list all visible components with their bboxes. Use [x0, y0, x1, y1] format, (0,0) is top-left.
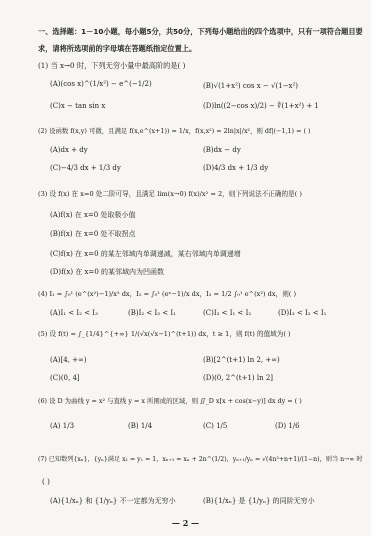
exam-page: 一、选择题：1－10小题，每小题5分，共50分，下列每小题给出的四个选项中，只有… [0, 0, 371, 536]
option-text: dx − dy [214, 146, 241, 154]
option-label: (D) [278, 309, 289, 317]
option-label: (D) [203, 164, 214, 172]
q4-option-d[interactable]: (D)I₃ < I₂ < I₁ [278, 309, 326, 318]
q1-option-c[interactable]: (C)x − tan sin x [50, 102, 105, 111]
q3-option-a[interactable]: (A)f(x) 在 x=0 处取极小值 [50, 211, 135, 220]
option-label: (A) [50, 497, 61, 505]
question-1-stem: (1) 当 x→0 时，下列无穷小量中最高阶的是( ) [38, 61, 185, 70]
q1-option-a[interactable]: (A)(cos x)^(1/x²) − e^(−1/2) [50, 80, 152, 89]
question-text: 设 f(x) 在 x=0 处二阶可导，且满足 lim(x→0) f(x)/x² … [49, 190, 301, 198]
option-text: −4/3 dx + 1/3 dy [61, 164, 121, 172]
q5-option-a[interactable]: (A)[4, +∞) [50, 356, 87, 365]
option-label: (D) [203, 374, 214, 382]
option-label: (B) [128, 422, 139, 430]
option-label: (D) [275, 422, 286, 430]
option-label: (A) [50, 80, 61, 88]
question-number: (7) [38, 456, 47, 463]
option-text: 4/3 dx + 1/3 dy [214, 164, 268, 172]
q2-option-b[interactable]: (B)dx − dy [203, 146, 241, 155]
question-7-stem: (7) 已知数列{xₙ}，{yₙ}满足 x₁ = y₁ = 1，xₙ₊₁ = x… [38, 455, 363, 464]
option-text: (0, 4] [61, 374, 80, 382]
option-label: (A) [50, 211, 61, 219]
question-3-stem: (3) 设 f(x) 在 x=0 处二阶可导，且满足 lim(x→0) f(x)… [38, 190, 302, 199]
option-label: (A) [50, 309, 61, 317]
option-text: f(x) 在 x=0 处不取拐点 [61, 230, 136, 238]
option-label: (D) [50, 268, 61, 276]
question-text: 已知数列{xₙ}，{yₙ}满足 x₁ = y₁ = 1，xₙ₊₁ = xₙ + … [49, 456, 363, 463]
option-label: (D) [203, 102, 214, 110]
question-text: 当 x→0 时，下列无穷小量中最高阶的是( ) [50, 61, 185, 70]
option-text: f(x) 在 x=0 的某邻域内为凹函数 [61, 268, 164, 276]
q3-option-c[interactable]: (C)f(x) 在 x=0 的某左邻域内单调递减，某右邻域内单调递增 [50, 250, 241, 259]
option-label: (C) [50, 102, 61, 110]
option-text: f(x) 在 x=0 处取极小值 [61, 211, 136, 219]
option-label: (C) [50, 164, 61, 172]
q7-option-a[interactable]: (A){1/xₙ} 和 {1/yₙ} 不一定都为无穷小 [50, 497, 176, 506]
option-label: (B) [203, 82, 214, 90]
question-number: (1) [38, 61, 48, 70]
q3-option-d[interactable]: (D)f(x) 在 x=0 的某邻域内为凹函数 [50, 268, 164, 277]
q3-option-b[interactable]: (B)f(x) 在 x=0 处不取拐点 [50, 230, 136, 239]
q6-option-b[interactable]: (B) 1/4 [128, 422, 152, 431]
q4-option-c[interactable]: (C)I₃ < I₁ < I₂ [203, 309, 251, 318]
option-text: √(1+x²) cos x − √(1−x²) [214, 82, 298, 90]
q1-option-b[interactable]: (B)√(1+x²) cos x − √(1−x²) [203, 82, 298, 91]
question-4-stem: (4) I₁ = ∫₀¹ (e^(x²)−1)/x² dx，I₂ = ∫₀¹ (… [38, 290, 296, 299]
q2-option-c[interactable]: (C)−4/3 dx + 1/3 dy [50, 164, 121, 173]
option-label: (B) [203, 146, 214, 154]
question-number: (3) [38, 190, 47, 198]
q7-option-b[interactable]: (B){1/xₙ} 是 {1/yₙ} 的同阶无穷小 [203, 497, 315, 506]
q1-option-d[interactable]: (D)ln((2−cos x)/2) − ∜(1+x²) + 1 [203, 102, 319, 111]
section-header-line2: 求，请将所选项前的字母填在答题纸指定位置上。 [38, 44, 196, 53]
q6-option-c[interactable]: (C) 1/5 [203, 422, 227, 431]
option-label: (B) [50, 230, 61, 238]
q2-option-a[interactable]: (A)dx + dy [50, 146, 88, 155]
question-text: 设 D 为曲线 y = x² 与直线 y = x 所围成的区域，则 ∬_D x[… [49, 397, 302, 405]
section-header-line1: 一、选择题：1－10小题，每小题5分，共50分，下列每小题给出的四个选项中，只有… [38, 27, 363, 36]
option-text: 1/4 [141, 422, 152, 430]
question-number: (5) [38, 330, 47, 338]
option-text: {1/xₙ} 是 {1/yₙ} 的同阶无穷小 [214, 497, 315, 505]
question-5-stem: (5) 设 f(t) = ∫_{1/4}^{+∞} 1/(√x(√x−1)^(t… [38, 330, 291, 339]
option-text: I₃ < I₁ < I₂ [214, 309, 251, 317]
option-label: (C) [50, 250, 61, 258]
option-label: (A) [50, 356, 61, 364]
option-text: I₁ < I₂ < I₃ [61, 309, 98, 317]
option-text: I₂ < I₃ < I₁ [139, 309, 176, 317]
option-text: [4, +∞) [61, 356, 87, 364]
question-2-stem: (2) 设函数 f(x,y) 可微，且满足 f(x,e^(x+1)) = 1/x… [38, 127, 310, 136]
option-text: (cos x)^(1/x²) − e^(−1/2) [61, 80, 152, 88]
q5-option-d[interactable]: (D)(0, 2^(t+1) ln 2] [203, 374, 273, 383]
option-label: (A) [50, 146, 61, 154]
option-text: 1/3 [63, 422, 74, 430]
question-text: 设 f(t) = ∫_{1/4}^{+∞} 1/(√x(√x−1)^(t+1))… [49, 330, 290, 338]
question-text: I₁ = ∫₀¹ (e^(x²)−1)/x² dx，I₂ = ∫₀¹ (eˣ−1… [49, 290, 296, 298]
option-text: {1/xₙ} 和 {1/yₙ} 不一定都为无穷小 [61, 497, 176, 505]
q2-option-d[interactable]: (D)4/3 dx + 1/3 dy [203, 164, 268, 173]
option-text: I₃ < I₂ < I₁ [289, 309, 326, 317]
option-text: f(x) 在 x=0 的某左邻域内单调递减，某右邻域内单调递增 [61, 250, 241, 258]
question-7-answer-blank: ( ) [42, 477, 50, 486]
option-label: (C) [203, 422, 214, 430]
q6-option-a[interactable]: (A) 1/3 [50, 422, 74, 431]
option-text: ln((2−cos x)/2) − ∜(1+x²) + 1 [214, 102, 319, 110]
question-6-stem: (6) 设 D 为曲线 y = x² 与直线 y = x 所围成的区域，则 ∬_… [38, 397, 302, 406]
question-number: (2) [38, 127, 47, 135]
option-text: [2^(t+1) ln 2, +∞) [214, 356, 280, 364]
option-label: (B) [203, 497, 214, 505]
q4-option-b[interactable]: (B)I₂ < I₃ < I₁ [128, 309, 176, 318]
option-text: 1/5 [216, 422, 227, 430]
q6-option-d[interactable]: (D) 1/6 [275, 422, 300, 431]
option-text: (0, 2^(t+1) ln 2] [214, 374, 273, 382]
q4-option-a[interactable]: (A)I₁ < I₂ < I₃ [50, 309, 98, 318]
question-number: (6) [38, 397, 47, 405]
option-text: x − tan sin x [61, 102, 106, 110]
q5-option-b[interactable]: (B)[2^(t+1) ln 2, +∞) [203, 356, 280, 365]
option-label: (A) [50, 422, 61, 430]
option-text: 1/6 [288, 422, 299, 430]
option-label: (C) [203, 309, 214, 317]
option-label: (B) [128, 309, 139, 317]
option-label: (C) [50, 374, 61, 382]
q5-option-c[interactable]: (C)(0, 4] [50, 374, 80, 383]
option-label: (B) [203, 356, 214, 364]
question-text: 设函数 f(x,y) 可微，且满足 f(x,e^(x+1)) = 1/x，f(x… [49, 127, 310, 135]
page-number: — 2 — [0, 518, 371, 528]
question-number: (4) [38, 290, 47, 298]
option-text: dx + dy [61, 146, 88, 154]
